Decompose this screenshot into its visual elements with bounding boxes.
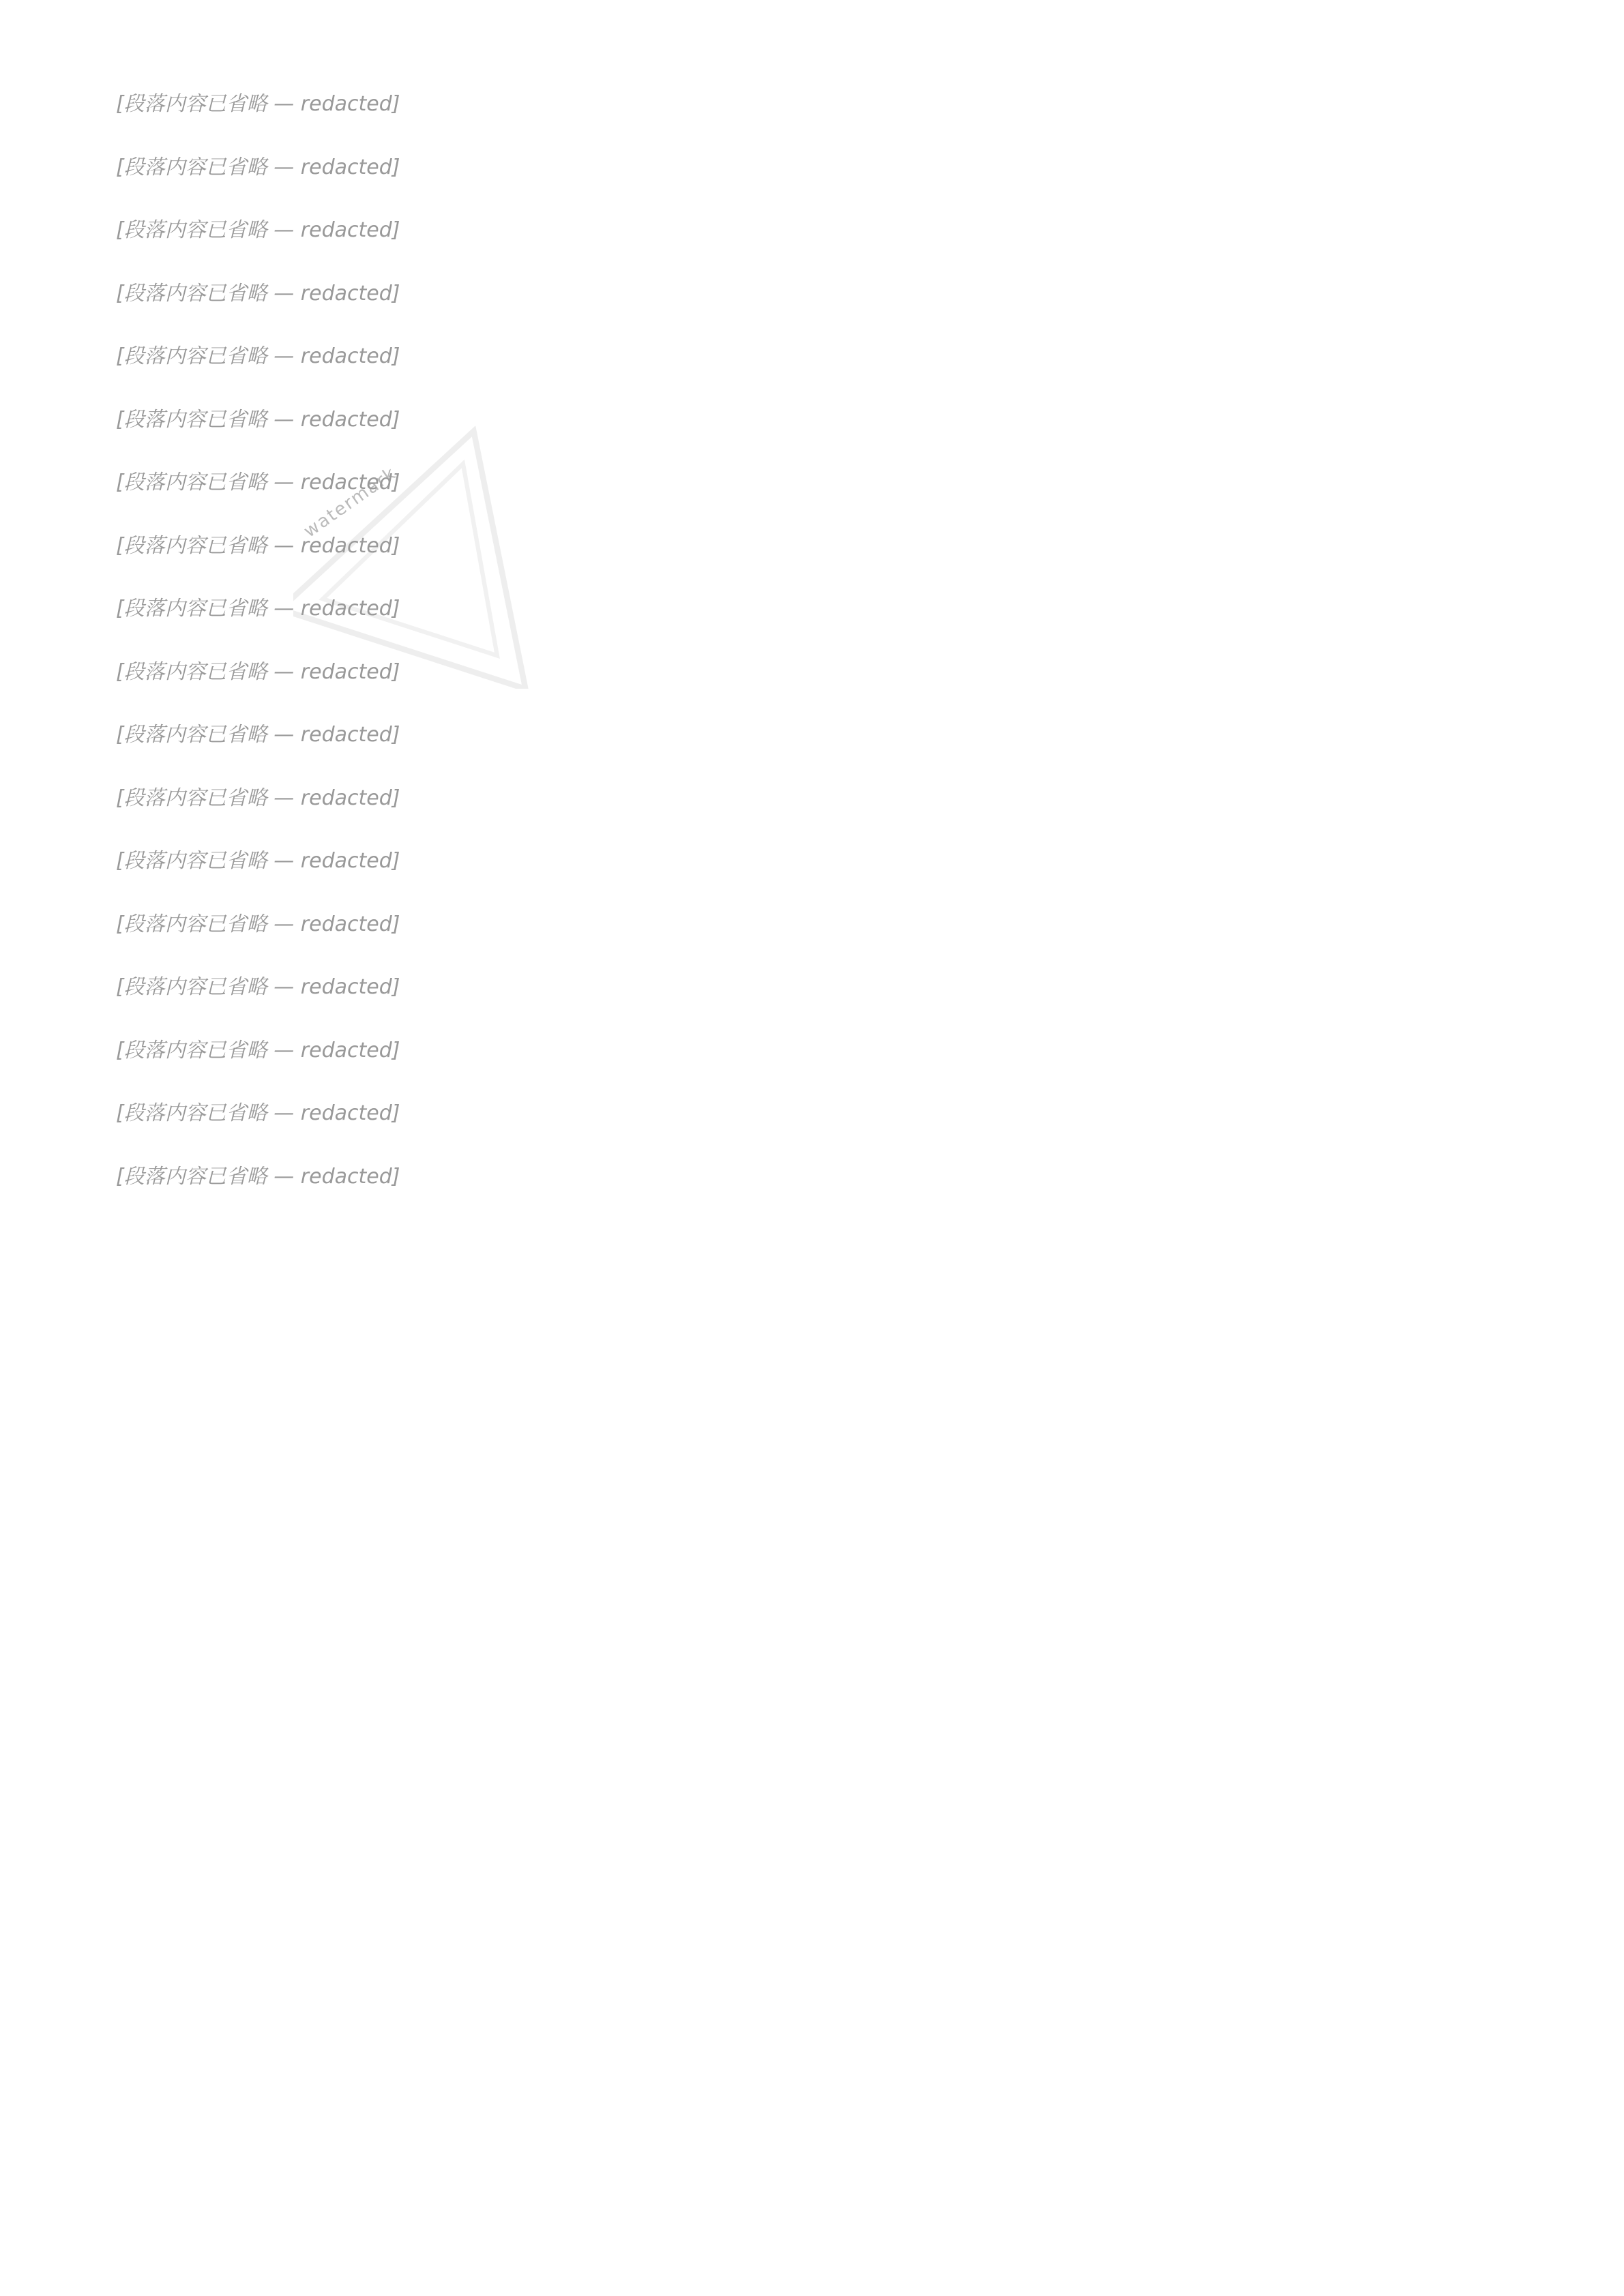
paragraph: [段落内容已省略 — redacted] bbox=[116, 846, 798, 878]
paragraph: [段落内容已省略 — redacted] bbox=[116, 657, 798, 689]
paragraph: [段落内容已省略 — redacted] bbox=[116, 278, 798, 310]
document-body: [段落内容已省略 — redacted][段落内容已省略 — redacted]… bbox=[116, 89, 798, 1224]
paragraph: [段落内容已省略 — redacted] bbox=[116, 1035, 798, 1067]
paragraph: [段落内容已省略 — redacted] bbox=[116, 783, 798, 815]
paragraph: [段落内容已省略 — redacted] bbox=[116, 404, 798, 436]
paragraph: [段落内容已省略 — redacted] bbox=[116, 531, 798, 563]
paragraph: [段落内容已省略 — redacted] bbox=[116, 89, 798, 121]
paragraph: [段落内容已省略 — redacted] bbox=[116, 215, 798, 247]
paragraph: [段落内容已省略 — redacted] bbox=[116, 719, 798, 751]
paragraph: [段落内容已省略 — redacted] bbox=[116, 467, 798, 499]
document-page: watermark [段落内容已省略 — redacted][段落内容已省略 —… bbox=[0, 0, 1624, 2296]
paragraph: [段落内容已省略 — redacted] bbox=[116, 593, 798, 625]
paragraph: [段落内容已省略 — redacted] bbox=[116, 152, 798, 184]
paragraph: [段落内容已省略 — redacted] bbox=[116, 972, 798, 1004]
paragraph: [段落内容已省略 — redacted] bbox=[116, 909, 798, 941]
paragraph: [段落内容已省略 — redacted] bbox=[116, 341, 798, 373]
paragraph: [段落内容已省略 — redacted] bbox=[116, 1161, 798, 1193]
paragraph: [段落内容已省略 — redacted] bbox=[116, 1098, 798, 1130]
